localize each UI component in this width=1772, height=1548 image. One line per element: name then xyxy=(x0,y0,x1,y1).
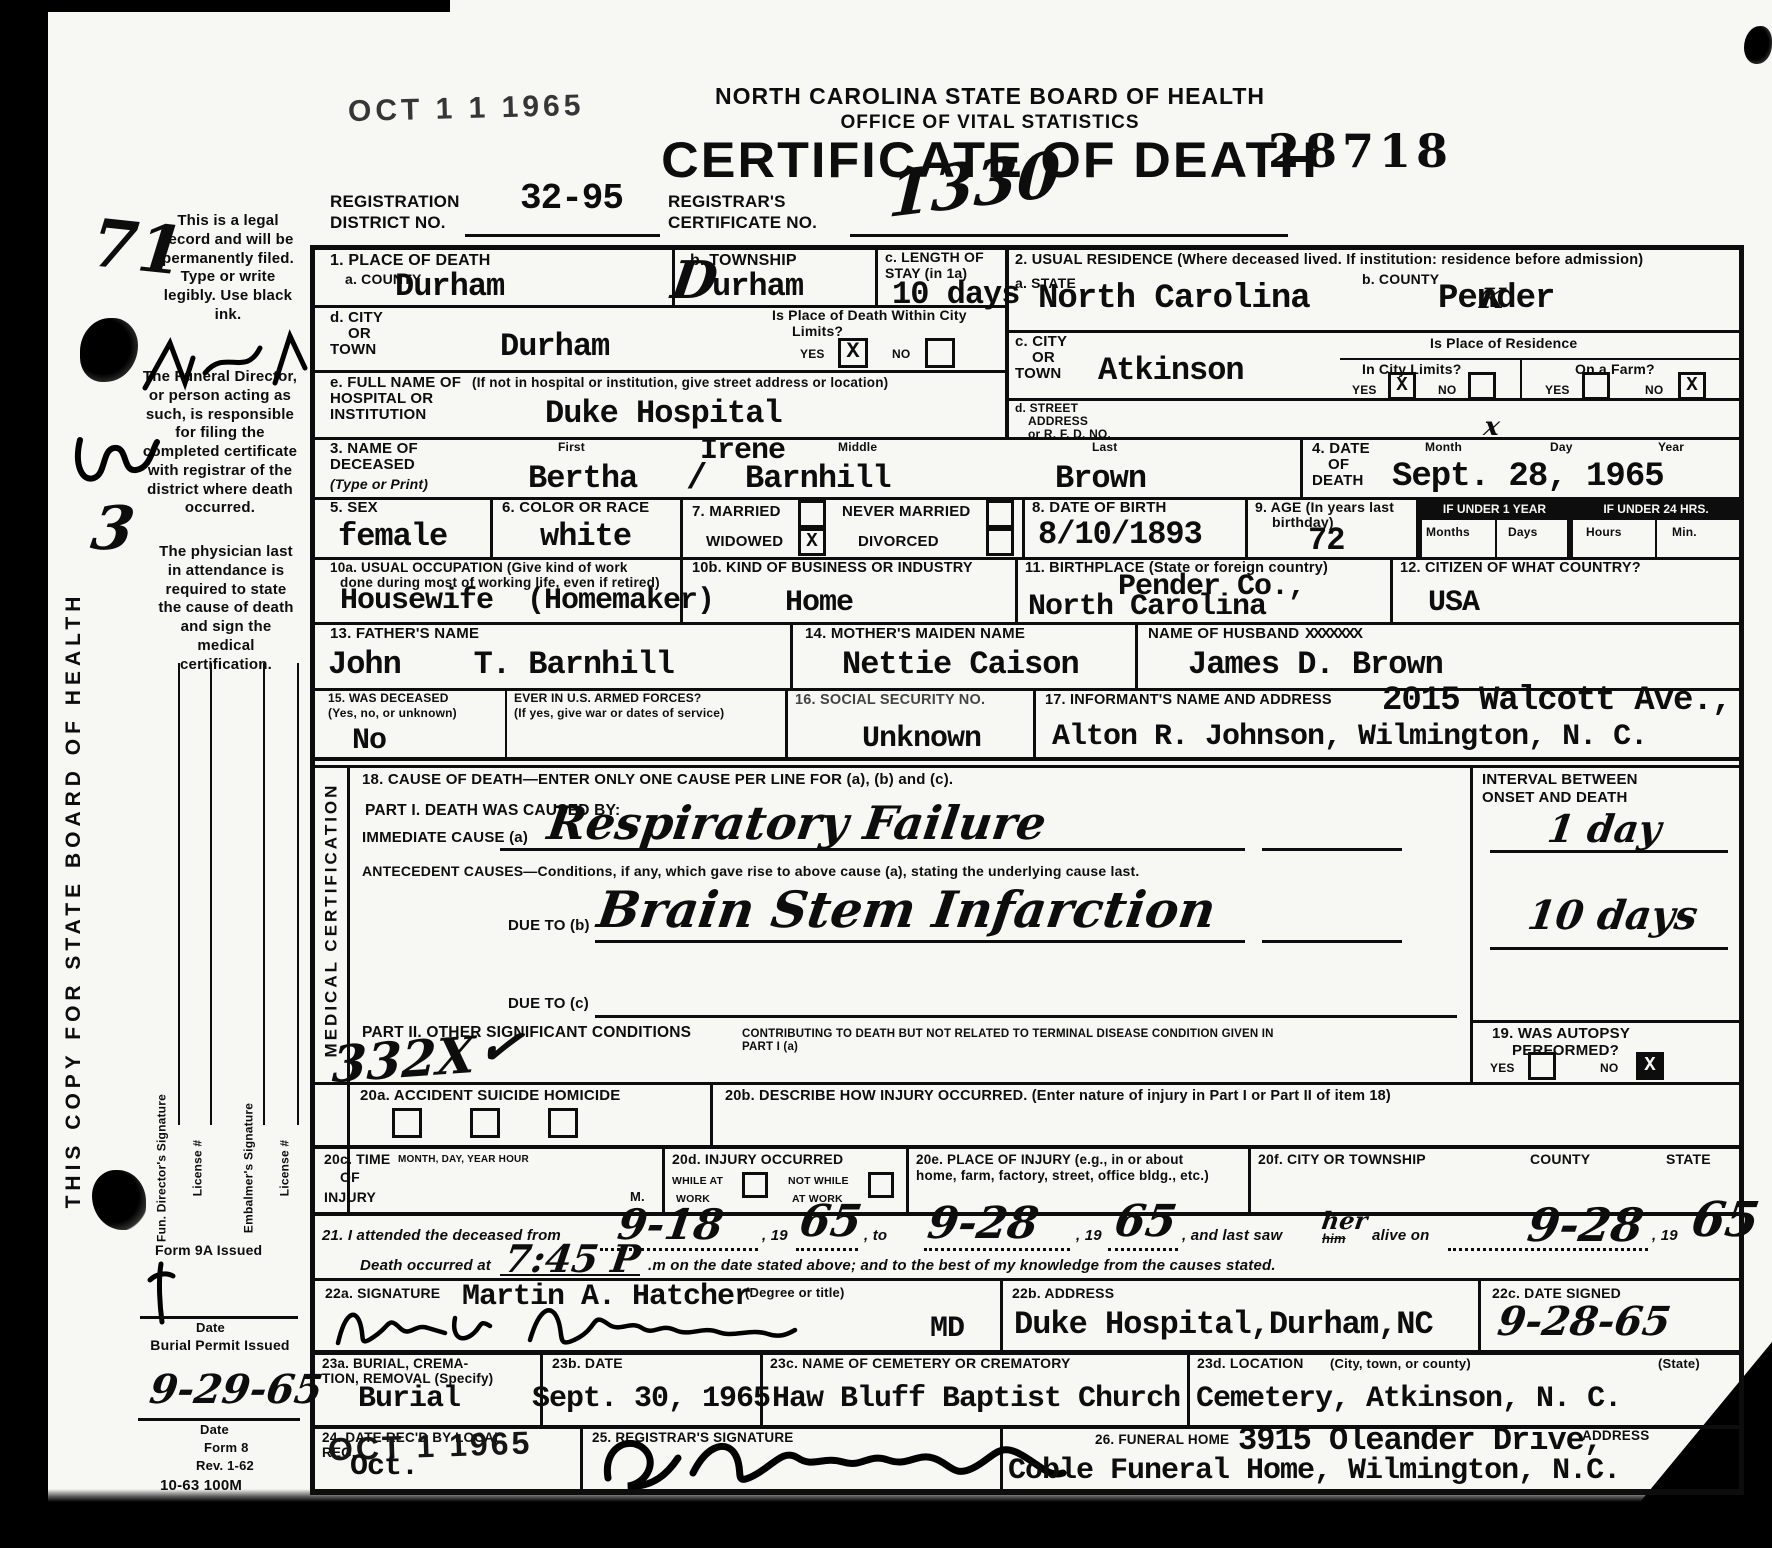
month-label: Month xyxy=(1425,441,1462,454)
within-city-limits-question-2: Limits? xyxy=(792,324,843,340)
divider xyxy=(580,1425,583,1491)
signature-rule xyxy=(178,663,180,1125)
informant-name-value: Alton R. Johnson, Wilmington, N. C. xyxy=(1052,720,1647,754)
hospital-value: Duke Hospital xyxy=(545,395,782,432)
divider xyxy=(347,768,350,1212)
color-race-value: white xyxy=(540,518,631,555)
months-label: Months xyxy=(1426,526,1470,539)
attended-19-c: , 19 xyxy=(1652,1228,1678,1245)
armed-forces-label-1: 15. WAS DECEASED xyxy=(328,692,449,705)
residence-city-limits-yes-checkbox: X xyxy=(1388,372,1416,400)
rule-line xyxy=(140,1316,298,1319)
residence-city-value: Atkinson xyxy=(1098,352,1244,389)
residence-county-label: b. COUNTY xyxy=(1362,272,1439,288)
date-label: Date xyxy=(200,1423,229,1438)
margin-scribble xyxy=(135,328,315,398)
divider xyxy=(1520,358,1522,398)
rule-line xyxy=(465,234,660,237)
city-label-3: TOWN xyxy=(330,342,376,359)
name-of-husband-label: NAME OF HUSBAND xyxy=(1148,626,1299,643)
physician-address-value: Duke Hospital,Durham,NC xyxy=(1014,1306,1433,1343)
year-label: Year xyxy=(1658,441,1684,454)
married-checkbox xyxy=(798,500,826,528)
burial-date-value: Sept. 30, 1965 xyxy=(532,1382,770,1416)
social-security-value: Unknown xyxy=(862,722,981,756)
registrar-signature xyxy=(598,1428,1068,1494)
time-of-injury-label-1: 20c. TIME xyxy=(324,1152,390,1168)
divider xyxy=(1033,688,1036,757)
no-label: NO xyxy=(1438,384,1456,397)
fun-director-signature-label: Fun. Director's Signature xyxy=(155,1094,168,1242)
fathers-name-label: 13. FATHER'S NAME xyxy=(330,626,479,643)
yes-label: YES xyxy=(1545,384,1570,397)
divider xyxy=(790,622,793,688)
print-code: 10-63 100M xyxy=(160,1478,242,1495)
name-of-deceased-label-2: DECEASED xyxy=(330,457,415,474)
township-value: urham xyxy=(712,268,803,305)
divider xyxy=(1135,622,1138,688)
residence-city-limits-no-checkbox xyxy=(1468,372,1496,400)
divider xyxy=(1245,497,1248,557)
type-or-print-label: (Type or Print) xyxy=(330,477,428,493)
residence-state-value: North Carolina xyxy=(1038,280,1310,318)
board-title: NORTH CAROLINA STATE BOARD OF HEALTH xyxy=(600,84,1380,110)
license-label: License # xyxy=(191,1140,204,1197)
revision-label: Rev. 1-62 xyxy=(196,1459,254,1474)
divider xyxy=(312,370,1007,373)
divider xyxy=(1022,497,1025,557)
time-of-injury-small: MONTH, DAY, YEAR HOUR xyxy=(398,1154,529,1165)
citizen-value: USA xyxy=(1428,586,1479,620)
first-name-label: First xyxy=(558,441,585,454)
armed-forces-label-sub1: (Yes, no, or unknown) xyxy=(328,707,457,720)
margin-note-physician: The physician last in attendance is requ… xyxy=(152,543,300,674)
divider xyxy=(312,1082,1742,1085)
place-of-residence-label: Is Place of Residence xyxy=(1430,336,1577,352)
immediate-cause-value: Respiratory Failure xyxy=(544,796,1049,850)
residence-city-label-3: TOWN xyxy=(1015,366,1061,383)
due-to-b-label: DUE TO (b) xyxy=(508,918,590,935)
signature-rule xyxy=(263,663,265,1125)
while-at-work-checkbox xyxy=(742,1172,768,1198)
divider xyxy=(1187,1350,1190,1425)
hospital-label-paren: (If not in hospital or institution, give… xyxy=(472,375,888,390)
armed-forces-label-2: EVER IN U.S. ARMED FORCES? xyxy=(514,692,701,705)
business-industry-label: 10b. KIND OF BUSINESS OR INDUSTRY xyxy=(692,560,973,576)
location-label-paren: (City, town, or county) xyxy=(1330,1357,1471,1372)
rule-line xyxy=(850,234,1288,237)
informant-address-value: 2015 Walcott Ave., xyxy=(1382,682,1731,720)
cemetery-label: 23c. NAME OF CEMETERY OR CREMATORY xyxy=(770,1356,1071,1372)
rule-line xyxy=(500,1274,640,1276)
burial-date-label: 23b. DATE xyxy=(552,1356,623,1372)
death-occurred-text-2: .m on the date stated above; and to the … xyxy=(648,1258,1276,1275)
divider xyxy=(1495,520,1497,557)
scan-edge-top xyxy=(0,0,450,12)
attended-to-label: , to xyxy=(864,1228,887,1245)
yes-label: YES xyxy=(1490,1062,1515,1075)
burial-label-1: 23a. BURIAL, CREMA- xyxy=(322,1356,468,1371)
usual-occupation-label-1: 10a. USUAL OCCUPATION (Give kind of work xyxy=(330,560,680,575)
no-label: NO xyxy=(1645,384,1663,397)
hours-label: Hours xyxy=(1586,526,1622,539)
registration-district-label-1: REGISTRATION xyxy=(330,192,460,211)
not-while-at-work-label-1: NOT WHILE xyxy=(788,1176,849,1188)
divider xyxy=(1470,765,1473,1082)
alive-on-text: alive on xyxy=(1372,1228,1429,1245)
business-industry-value: Home xyxy=(785,586,853,620)
registrar-certificate-label-2: CERTIFICATE NO. xyxy=(668,213,817,232)
time-of-injury-label-2: OF xyxy=(340,1170,360,1186)
attended-19-a: , 19 xyxy=(762,1228,788,1245)
leader-dots xyxy=(1108,1246,1178,1251)
describe-injury-label: 20b. DESCRIBE HOW INJURY OCCURRED. (Ente… xyxy=(725,1088,1435,1104)
rule-line xyxy=(1490,947,1728,950)
days-label: Days xyxy=(1508,526,1538,539)
form-border xyxy=(310,245,1744,250)
autopsy-yes-checkbox xyxy=(1528,1052,1556,1080)
rule-line xyxy=(595,1015,1457,1018)
place-of-injury-label-2: home, farm, factory, street, office bldg… xyxy=(916,1168,1246,1183)
injury-county-label: COUNTY xyxy=(1530,1152,1590,1168)
divider xyxy=(1340,358,1742,360)
leader-dots xyxy=(796,1246,858,1251)
never-married-label: NEVER MARRIED xyxy=(842,504,970,521)
divider xyxy=(680,497,683,557)
yes-label: YES xyxy=(1352,384,1377,397)
divider xyxy=(312,757,1742,761)
margin-scribble-w xyxy=(72,420,162,490)
scan-edge-bottom xyxy=(0,1502,1772,1548)
date-of-death-label-3: DEATH xyxy=(1312,473,1364,490)
divider xyxy=(312,765,1742,768)
no-label: NO xyxy=(892,348,910,361)
leader-dots xyxy=(924,1246,1070,1251)
place-of-injury-label-1: 20e. PLACE OF INJURY (e.g., in or about xyxy=(916,1152,1246,1167)
death-occurred-text-1: Death occurred at xyxy=(360,1258,491,1275)
last-alive-year: 65 xyxy=(1688,1192,1763,1248)
sex-label: 5. SEX xyxy=(330,500,378,517)
birthplace-value-2: North Carolina xyxy=(1028,590,1266,624)
license-label: License # xyxy=(278,1140,291,1197)
registration-district-value: 32-95 xyxy=(520,178,623,219)
if-under-1-year-header: IF UNDER 1 YEAR xyxy=(1422,499,1567,520)
date-recd-typed: Oct. xyxy=(350,1450,418,1484)
interval-header-1: INTERVAL BETWEEN xyxy=(1482,772,1732,789)
min-label: Min. xyxy=(1672,526,1697,539)
burial-value: Burial xyxy=(358,1382,460,1416)
signature-rule xyxy=(210,663,212,1125)
divider xyxy=(312,437,1742,440)
divorced-label: DIVORCED xyxy=(858,534,939,551)
divider xyxy=(1300,437,1303,497)
death-city-limits-no-checkbox xyxy=(925,338,955,368)
margin-mark: K xyxy=(1478,282,1507,315)
day-label: Day xyxy=(1550,441,1573,454)
death-city-limits-yes-checkbox: X xyxy=(838,338,868,368)
attended-19-b: , 19 xyxy=(1076,1228,1102,1245)
divider xyxy=(875,247,878,305)
homicide-checkbox xyxy=(548,1108,578,1138)
injury-state-label: STATE xyxy=(1666,1152,1711,1168)
scan-edge-left xyxy=(0,0,48,1548)
within-city-limits-question-1: Is Place of Death Within City xyxy=(772,308,1002,324)
side-strip-label: THIS COPY FOR STATE BOARD OF HEALTH xyxy=(62,592,86,1209)
due-to-b-value: Brain Stem Infarction xyxy=(594,880,1220,939)
degree-value: MD xyxy=(930,1312,964,1346)
interval-b-value: 10 days xyxy=(1525,892,1701,939)
color-race-label: 6. COLOR OR RACE xyxy=(502,500,649,517)
first-name-value: Bertha xyxy=(528,460,637,497)
divider xyxy=(312,622,1742,625)
time-of-injury-label-3: INJURY xyxy=(324,1190,376,1206)
autopsy-no-checkbox: X xyxy=(1636,1052,1664,1080)
city-value: Durham xyxy=(500,328,609,365)
no-label: NO xyxy=(1600,1062,1618,1075)
divider xyxy=(1248,1145,1251,1212)
last-name-label: Last xyxy=(1092,441,1117,454)
physician-signature xyxy=(330,1298,800,1356)
married-label: 7. MARRIED xyxy=(692,504,781,521)
divider xyxy=(710,1082,713,1145)
armed-forces-value: No xyxy=(352,724,386,758)
form-border xyxy=(1739,245,1744,1495)
part2-value: 332X xyxy=(331,1025,476,1094)
burial-permit-label: Burial Permit Issued xyxy=(136,1338,304,1354)
divider xyxy=(490,497,493,557)
autopsy-label-1: 19. WAS AUTOPSY xyxy=(1492,1026,1630,1043)
usual-residence-label: 2. USUAL RESIDENCE (Where deceased lived… xyxy=(1015,252,1740,268)
due-to-c-label: DUE TO (c) xyxy=(508,996,589,1013)
divider xyxy=(505,688,507,757)
attended-year-1: 65 xyxy=(796,1196,864,1247)
informant-label: 17. INFORMANT'S NAME AND ADDRESS xyxy=(1045,692,1332,708)
him-struck-text: him xyxy=(1322,1232,1346,1247)
county-value: Durham xyxy=(395,268,504,305)
cemetery-value: Haw Bluff Baptist Church xyxy=(772,1382,1180,1416)
funeral-home-label: 26. FUNERAL HOME xyxy=(1095,1432,1229,1447)
widowed-label: WIDOWED xyxy=(706,534,783,551)
usual-occupation-value: Housewife (Homemaker) xyxy=(340,584,714,618)
part2-checkmark: ✓ xyxy=(474,1011,528,1081)
accident-checkbox xyxy=(392,1108,422,1138)
farm-no-checkbox: X xyxy=(1678,372,1706,400)
social-security-label: 16. SOCIAL SECURITY NO. xyxy=(795,692,985,708)
interval-header-2: ONSET AND DEATH xyxy=(1482,790,1732,807)
last-saw-text: , and last saw xyxy=(1182,1228,1282,1245)
date-of-birth-value: 8/10/1893 xyxy=(1038,516,1202,553)
divider xyxy=(1015,557,1018,622)
date-label: Date xyxy=(196,1321,225,1336)
cause-of-death-label: 18. CAUSE OF DEATH—ENTER ONLY ONE CAUSE … xyxy=(362,772,953,789)
divider xyxy=(906,1145,909,1212)
suicide-checkbox xyxy=(470,1108,500,1138)
rule-line xyxy=(500,848,1245,851)
location-label: 23d. LOCATION xyxy=(1197,1356,1304,1372)
divorced-checkbox xyxy=(986,528,1014,556)
widowed-checkbox: X xyxy=(798,528,826,556)
rule-line xyxy=(1262,848,1402,851)
middle-name-label: Middle xyxy=(838,441,877,454)
if-under-24-hrs-header: IF UNDER 24 HRS. xyxy=(1573,499,1739,520)
received-date-stamp: OCT 1 1 1965 xyxy=(348,89,585,129)
attended-to-value: 9-28 xyxy=(924,1198,1041,1249)
accident-suicide-homicide-label: 20a. ACCIDENT SUICIDE HOMICIDE xyxy=(360,1088,620,1105)
certificate-serial-number: 28718 xyxy=(1268,124,1453,178)
rule-line xyxy=(595,940,1245,943)
margin-stroke xyxy=(146,1262,176,1324)
antecedent-causes-label: ANTECEDENT CAUSES—Conditions, if any, wh… xyxy=(362,864,1140,880)
not-while-at-work-checkbox xyxy=(868,1172,894,1198)
location-value: Cemetery, Atkinson, N. C. xyxy=(1196,1382,1621,1416)
divider xyxy=(785,688,788,757)
yes-label: YES xyxy=(800,348,825,361)
signature-rule xyxy=(297,663,299,1125)
last-name-value: Brown xyxy=(1055,460,1146,497)
hospital-label-3: INSTITUTION xyxy=(330,407,426,424)
age-value: 72 xyxy=(1308,522,1344,559)
burial-permit-date: 9-29-65 xyxy=(147,1366,326,1413)
divider xyxy=(1470,1020,1742,1023)
registrar-certificate-label-1: REGISTRAR'S xyxy=(668,192,786,211)
length-of-stay-label-1: c. LENGTH OF xyxy=(885,250,984,266)
date-of-birth-label: 8. DATE OF BIRTH xyxy=(1032,500,1167,517)
divider xyxy=(1478,1278,1481,1350)
funeral-home-name-value: Coble Funeral Home, Wilmington, N.C. xyxy=(1008,1454,1620,1488)
struck-or-wife-text: XXXXXXX xyxy=(1305,626,1361,643)
rule-line xyxy=(1262,940,1402,943)
form-9a-label: Form 9A Issued xyxy=(155,1243,262,1259)
mothers-maiden-name-value: Nettie Caison xyxy=(842,646,1079,683)
divider xyxy=(312,1145,1742,1149)
divider xyxy=(1655,520,1657,557)
form-border xyxy=(310,245,315,1495)
armed-forces-label-sub2: (If yes, give war or dates of service) xyxy=(514,707,724,720)
mothers-maiden-name-label: 14. MOTHER'S MAIDEN NAME xyxy=(805,626,1025,643)
office-subtitle: OFFICE OF VITAL STATISTICS xyxy=(600,112,1380,133)
husband-name-value: James D. Brown xyxy=(1188,646,1443,683)
sex-value: female xyxy=(338,518,447,555)
divider xyxy=(1390,557,1393,622)
attended-year-2: 65 xyxy=(1111,1196,1179,1247)
location-state-label: (State) xyxy=(1658,1357,1700,1372)
divider xyxy=(1005,330,1742,333)
part2-label-small: CONTRIBUTING TO DEATH BUT NOT RELATED TO… xyxy=(742,1028,1282,1054)
insert-caret: / xyxy=(686,458,707,499)
leader-dots xyxy=(1448,1246,1648,1251)
divider xyxy=(1005,398,1742,401)
rule-line xyxy=(138,1418,300,1421)
while-at-work-label-1: WHILE AT xyxy=(672,1176,723,1188)
last-alive-value: 9-28 xyxy=(1524,1198,1647,1252)
divider xyxy=(1000,1278,1003,1350)
never-married-checkbox xyxy=(986,500,1014,528)
address-label: 22b. ADDRESS xyxy=(1012,1286,1114,1302)
embalmer-signature-label: Embalmer's Signature xyxy=(242,1103,255,1233)
farm-yes-checkbox xyxy=(1582,372,1610,400)
interval-a-value: 1 day xyxy=(1545,806,1664,851)
citizen-label: 12. CITIZEN OF WHAT COUNTRY? xyxy=(1400,560,1641,576)
form-8-label: Form 8 xyxy=(204,1441,249,1456)
injury-city-label: 20f. CITY OR TOWNSHIP xyxy=(1258,1152,1426,1168)
fathers-name-value: John T. Barnhill xyxy=(328,646,674,683)
middle-name-value: Barnhill xyxy=(745,460,891,497)
rule-line xyxy=(1490,850,1728,853)
immediate-cause-label: IMMEDIATE CAUSE (a) xyxy=(362,830,528,847)
margin-note-legal: This is a legal record and will be perma… xyxy=(158,212,298,325)
registration-district-label-2: DISTRICT NO. xyxy=(330,213,446,232)
injury-occurred-label: 20d. INJURY OCCURRED xyxy=(672,1152,843,1168)
medical-certification-strip: MEDICAL CERTIFICATION xyxy=(321,783,340,1058)
date-signed-value: 9-28-65 xyxy=(1495,1298,1674,1345)
date-of-death-value: Sept. 28, 1965 xyxy=(1392,458,1664,496)
